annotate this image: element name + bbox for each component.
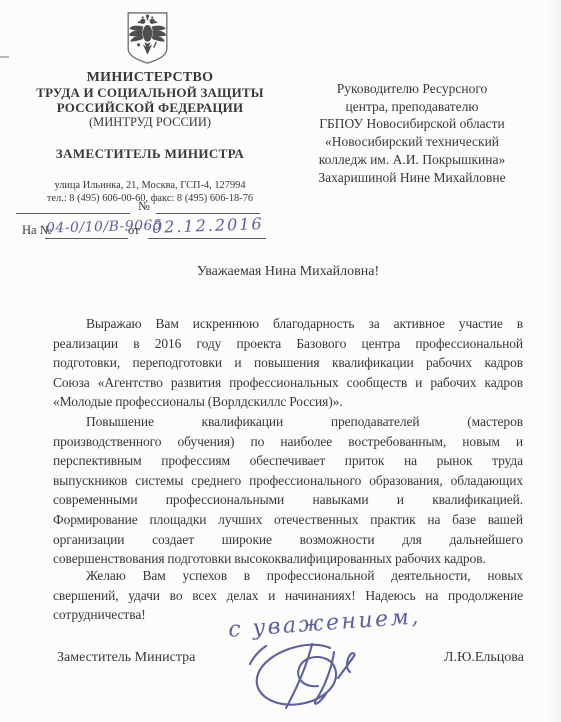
body-line: перспективным профессиям обеспечивает пр… <box>53 451 523 471</box>
body-line: Повышение квалификации преподавателей (м… <box>53 412 523 432</box>
body-line: Формирование площадки лучших отечественн… <box>53 510 523 530</box>
recipient-line: центра, преподавателю <box>306 98 518 116</box>
body-line: Выражаю Вам искреннюю благодарность за а… <box>53 314 523 334</box>
body-paragraph-2: Повышение квалификации преподавателей (м… <box>53 412 523 569</box>
body-line: современными профессиональными навыками … <box>53 490 523 510</box>
recipient-line: «Новосибирский технический <box>306 133 518 151</box>
body-line: Желаю Вам успехов в профессиональной дея… <box>53 566 523 586</box>
incoming-number-underline <box>45 237 128 239</box>
scan-artifact-mark <box>0 56 9 58</box>
body-line: выпускников системы среднего профессиона… <box>53 471 523 491</box>
recipient-line: колледж им. А.И. Покрышкина» <box>306 151 518 169</box>
signer-name: Л.Ю.Ельцова <box>444 650 524 666</box>
ministry-name-line-1: МИНИСТЕРСТВО <box>30 70 270 85</box>
recipient-line: ГБПОУ Новосибирской области <box>306 115 518 133</box>
recipient-block: Руководителю Ресурсного центра, преподав… <box>306 80 518 186</box>
letterhead-contacts: тел.: 8 (495) 606-00-60, факс: 8 (495) 6… <box>30 192 270 205</box>
body-line: свершений, удачи во всех делах и начинан… <box>53 586 523 606</box>
signature-flourish <box>246 636 370 714</box>
salutation: Уважаемая Нина Михайловна! <box>53 264 523 280</box>
body-line: производственного обучения) по наиболее … <box>53 432 523 452</box>
body-line: реализации в 2016 году проекта Базового … <box>53 334 523 354</box>
letterhead-address: улица Ильинка, 21, Москва, ГСП-4, 127994 <box>30 179 270 192</box>
incoming-date-underline <box>148 237 266 239</box>
ministry-name-line-3: РОССИЙСКОЙ ФЕДЕРАЦИИ <box>30 100 270 115</box>
body-line: организации создает широкие возможности … <box>53 530 523 550</box>
body-line: Союза «Агентство развития профессиональн… <box>53 373 523 393</box>
handwritten-incoming-number: 04-0/10/В-9065 <box>46 217 163 236</box>
recipient-line: Руководителю Ресурсного <box>306 80 518 98</box>
handwritten-incoming-date: 02.12.2016 <box>152 214 264 237</box>
body-line: «Молодые профессионалы (Ворлдскиллс Росс… <box>53 392 523 412</box>
letterhead: МИНИСТЕРСТВО ТРУДА И СОЦИАЛЬНОЙ ЗАЩИТЫ Р… <box>30 70 270 205</box>
outgoing-number-blank-line <box>16 212 130 214</box>
number-sign-label: № <box>138 199 150 214</box>
scanned-letter-page: МИНИСТЕРСТВО ТРУДА И СОЦИАЛЬНОЙ ЗАЩИТЫ Р… <box>0 0 561 722</box>
ministry-name-line-2: ТРУДА И СОЦИАЛЬНОЙ ЗАЩИТЫ <box>30 85 270 100</box>
incoming-date-label: от <box>128 223 140 238</box>
ministry-short-name: (МИНТРУД РОССИИ) <box>30 115 270 130</box>
sender-position-title: ЗАМЕСТИТЕЛЬ МИНИСТРА <box>30 146 270 161</box>
body-line: подготовки, переподготовки и повышения к… <box>53 353 523 373</box>
coat-of-arms-double-headed-eagle-icon <box>124 10 171 66</box>
signer-position: Заместитель Министра <box>57 650 195 666</box>
body-paragraph-1: Выражаю Вам искреннюю благодарность за а… <box>53 314 523 412</box>
recipient-line: Захаришиной Нине Михайловне <box>306 169 518 187</box>
